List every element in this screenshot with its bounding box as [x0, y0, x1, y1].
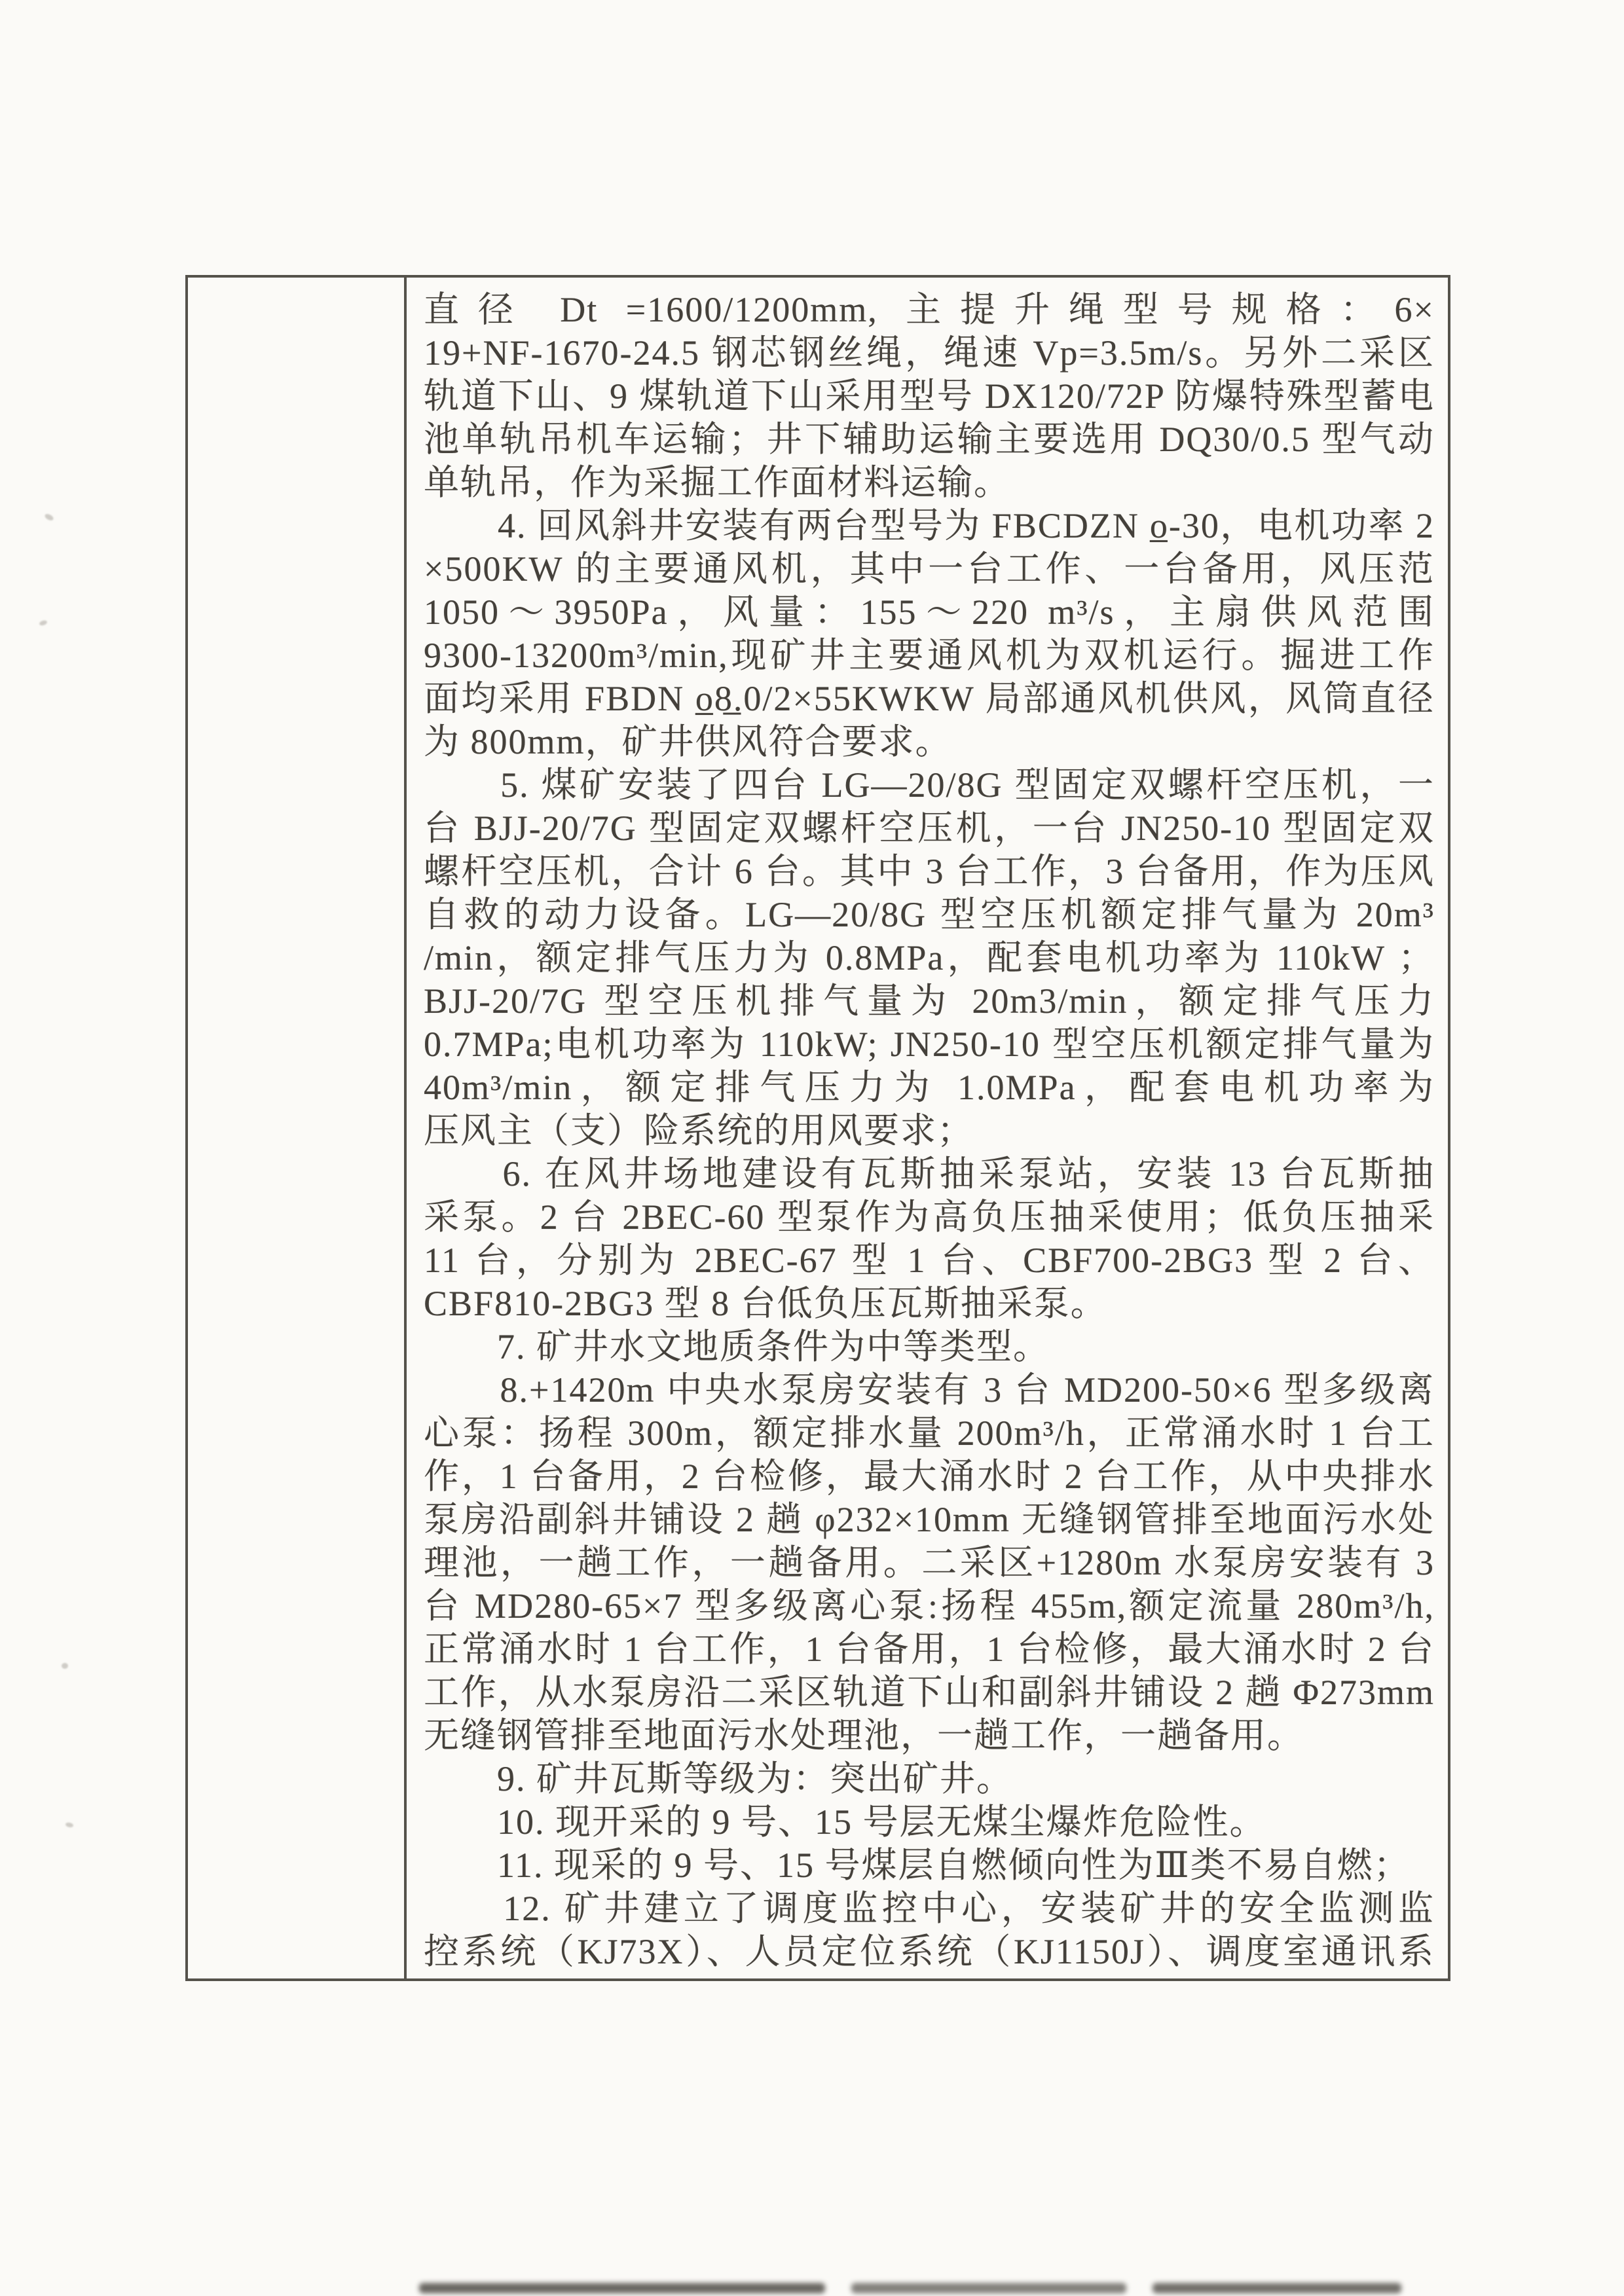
- text-line: 11 台，分别为 2BEC-67 型 1 台、CBF700-2BG3 型 2 台…: [424, 1239, 1435, 1282]
- text-line: 台 BJJ-20/7G 型固定双螺杆空压机，一台 JN250-10 型固定双: [424, 807, 1435, 850]
- text-line: 5. 煤矿安装了四台 LG—20/8G 型固定双螺杆空压机，一: [424, 763, 1435, 807]
- text-line: 台 MD280-65×7 型多级离心泵:扬程 455m,额定流量 280m³/h…: [424, 1584, 1435, 1628]
- text-line: /min，额定排气压力为 0.8MPa，配套电机功率为 110kW ；: [424, 936, 1435, 979]
- text-line: 面均采用 FBDN o̲8̲.0/2×55KWKW 局部通风机供风，风筒直径均: [424, 677, 1435, 720]
- text-line: 正常涌水时 1 台工作，1 台备用，1 台检修，最大涌水时 2 台: [424, 1628, 1435, 1671]
- scan-artifact-blob: [851, 2283, 1126, 2293]
- table-content-cell: 直径 Dt =1600/1200mm, 主提升绳型号规格：6×19+NF-167…: [407, 278, 1448, 1978]
- text-line: 11. 现采的 9 号、15 号煤层自燃倾向性为Ⅲ类不易自燃；: [424, 1844, 1435, 1887]
- text-line: 8.+1420m 中央水泵房安装有 3 台 MD200-50×6 型多级离: [424, 1368, 1435, 1412]
- pencil-mark: [39, 619, 48, 626]
- text-line: 压风主（支）险系统的用风要求；: [424, 1109, 1435, 1152]
- text-line: 10. 现开采的 9 号、15 号层无煤尘爆炸危险性。: [424, 1800, 1435, 1844]
- text-line: 自救的动力设备。LG—20/8G 型空压机额定排气量为 20m³: [424, 893, 1435, 936]
- text-line: ×500KW 的主要通风机，其中一台工作、一台备用，风压范围：: [424, 547, 1435, 591]
- scan-cutoff-text-artifact: [419, 2283, 1401, 2296]
- pencil-mark: [62, 1663, 68, 1669]
- text-line: 9. 矿井瓦斯等级为：突出矿井。: [424, 1757, 1435, 1800]
- text-line: 理池，一趟工作，一趟备用。二采区+1280m 水泵房安装有 3: [424, 1541, 1435, 1584]
- text-line: 池单轨吊机车运输；井下辅助运输主要选用 DQ30/0.5 型气动: [424, 418, 1435, 461]
- text-line: BJJ-20/7G 型空压机排气量为 20m3/min，额定排气压力: [424, 979, 1435, 1023]
- text-line: 心泵：扬程 300m，额定排水量 200m³/h，正常涌水时 1 台工: [424, 1412, 1435, 1455]
- text-line: 轨道下山、9 煤轨道下山采用型号 DX120/72P 防爆特殊型蓄电: [424, 374, 1435, 418]
- text-line: 9300-13200m³/min,现矿井主要通风机为双机运行。掘进工作: [424, 634, 1435, 677]
- text-line: 7. 矿井水文地质条件为中等类型。: [424, 1325, 1435, 1368]
- table-left-column-empty: [188, 278, 407, 1978]
- text-line: 作，1 台备用，2 台检修，最大涌水时 2 台工作，从中央排水: [424, 1455, 1435, 1498]
- text-line: 40m³/min，额定排气压力为 1.0MPa，配套电机功率为 250kW。: [424, 1066, 1435, 1109]
- pencil-mark: [65, 1822, 73, 1828]
- text-line: 泵房沿副斜井铺设 2 趟 φ232×10mm 无缝钢管排至地面污水处: [424, 1498, 1435, 1541]
- text-line: 控系统（KJ73X）、人员定位系统（KJ1150J）、调度室通讯系: [424, 1930, 1435, 1973]
- scan-artifact-blob: [419, 2283, 825, 2293]
- text-line: CBF810-2BG3 型 8 台低负压瓦斯抽采泵。: [424, 1282, 1435, 1325]
- scan-artifact-blob: [1153, 2283, 1401, 2293]
- pencil-mark: [44, 513, 54, 522]
- text-line: 12. 矿井建立了调度监控中心，安装矿井的安全监测监: [424, 1887, 1435, 1930]
- text-line: 0.7MPa;电机功率为 110kW; JN250-10 型空压机额定排气量为: [424, 1023, 1435, 1066]
- text-line: 19+NF-1670-24.5 钢芯钢丝绳，绳速 Vp=3.5m/s。另外二采区: [424, 331, 1435, 374]
- text-line: 工作，从水泵房沿二采区轨道下山和副斜井铺设 2 趟 Φ273mm: [424, 1671, 1435, 1714]
- text-line: 1050～3950Pa，风量：155～220 m³/s，主扇供风范围: [424, 591, 1435, 634]
- text-line: 采泵。2 台 2BEC-60 型泵作为高负压抽采使用；低负压抽采: [424, 1195, 1435, 1239]
- text-line: 6. 在风井场地建设有瓦斯抽采泵站，安装 13 台瓦斯抽: [424, 1152, 1435, 1195]
- text-line: 单轨吊，作为采掘工作面材料运输。: [424, 461, 1435, 504]
- continuation-table: 直径 Dt =1600/1200mm, 主提升绳型号规格：6×19+NF-167…: [185, 275, 1450, 1981]
- text-line: 直径 Dt =1600/1200mm, 主提升绳型号规格：6×: [424, 288, 1435, 331]
- text-line: 为 800mm，矿井供风符合要求。: [424, 720, 1435, 763]
- text-line: 螺杆空压机，合计 6 台。其中 3 台工作，3 台备用，作为压风: [424, 850, 1435, 893]
- text-line: 4. 回风斜井安装有两台型号为 FBCDZN o̲-30，电机功率 2: [424, 504, 1435, 547]
- text-line: 无缝钢管排至地面污水处理池，一趟工作，一趟备用。: [424, 1714, 1435, 1757]
- scanned-document-page: 直径 Dt =1600/1200mm, 主提升绳型号规格：6×19+NF-167…: [0, 0, 1624, 2296]
